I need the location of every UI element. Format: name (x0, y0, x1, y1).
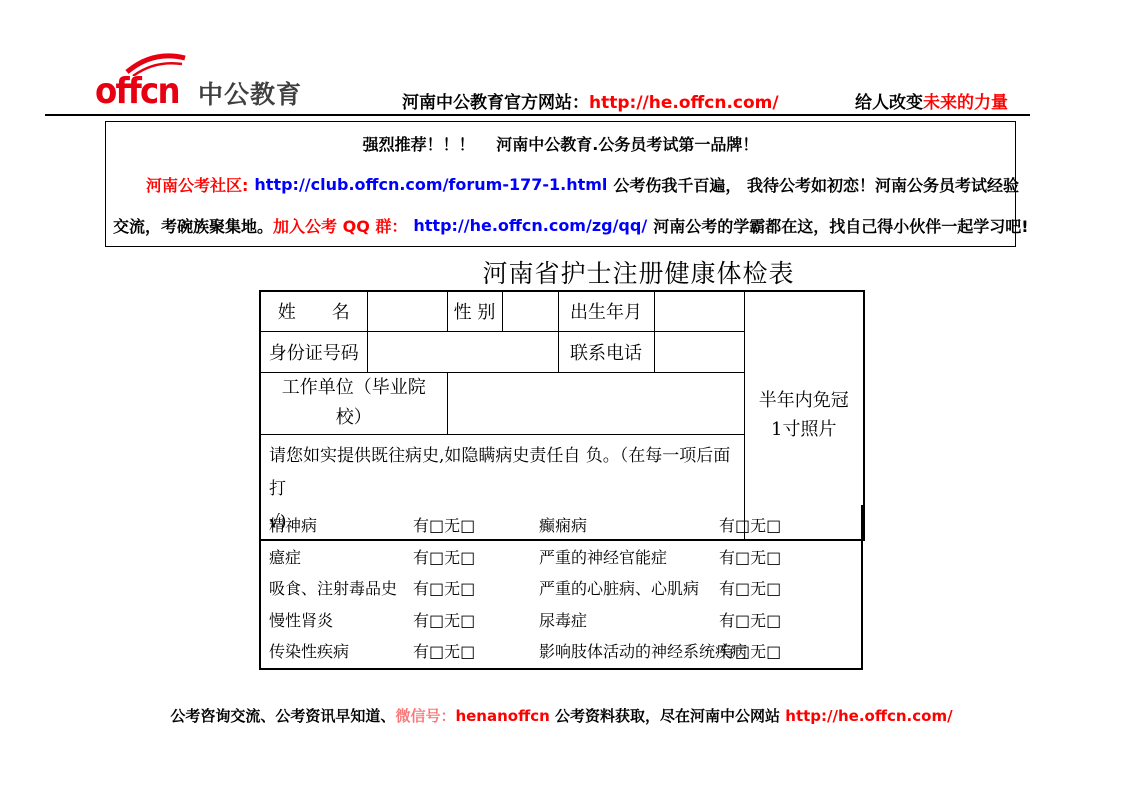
work-unit-input-cell[interactable] (447, 372, 744, 434)
promo-box: 强烈推荐！！！ 河南中公教育.公务员考试第一品牌！ 河南公考社区: http:/… (105, 121, 1016, 247)
footer-text-b: 公考资料获取，尽在河南中公网站 (550, 707, 785, 725)
logo-offcn-text: offcn (95, 74, 179, 110)
document-page: offcn 中公教育 河南中公教育官方网站：http://he.offcn.co… (0, 0, 1123, 794)
footer-text-a: 公考咨询交流、公考资讯早知道、 (170, 707, 395, 725)
brand-slogan: 给人改变未来的力量 (855, 88, 1008, 113)
header-divider (45, 114, 1030, 116)
disease-name: 癫痫病 (539, 510, 719, 542)
photo-note-line1: 半年内免冠 (745, 386, 864, 415)
yes-no-checkboxes: 有□无□ (413, 605, 539, 637)
community-url-link[interactable]: http://club.offcn.com/forum-177-1.html (248, 175, 613, 194)
work-unit-label: 工作单位（毕业院校） (260, 372, 447, 434)
phone-input-cell[interactable] (654, 331, 744, 372)
official-site-label: 河南中公教育官方网站： (402, 93, 589, 113)
community-label: 河南公考社区: (146, 173, 248, 196)
id-number-label: 身份证号码 (260, 331, 367, 372)
slogan-black-part: 给人改变 (855, 93, 923, 113)
form-title: 河南省护士注册健康体检表 (0, 254, 1123, 290)
yes-no-checkboxes: 有□无□ (719, 510, 865, 542)
promo-line-3: 交流，考碗族聚集地。 加入公考 QQ 群： http://he.offcn.co… (106, 205, 1015, 246)
promo-line3-text-b: 河南公考的学霸都在这，找自己得小伙伴一起学习吧! (653, 214, 1028, 237)
qq-group-url-link[interactable]: http://he.offcn.com/zg/qq/ (407, 216, 653, 235)
disease-checklist-table: 精神病 有□无□ 癫痫病 有□无□ 癔症 有□无□ 严重的神经官能症 有□无□ … (259, 505, 863, 670)
disease-row: 癔症 有□无□ 严重的神经官能症 有□无□ (261, 542, 861, 574)
yes-no-checkboxes: 有□无□ (413, 510, 539, 542)
disease-name: 精神病 (261, 510, 413, 542)
yes-no-checkboxes: 有□无□ (719, 542, 865, 574)
yes-no-checkboxes: 有□无□ (719, 636, 865, 668)
history-notice-line1: 请您如实提供既往病史,如隐瞒病史责任自 负。（在每一项后面打 (269, 440, 744, 506)
photo-cell: 半年内免冠 1寸照片 (744, 291, 864, 540)
offcn-logo-mark: offcn (95, 52, 188, 110)
slogan-red-part: 未来的力量 (923, 93, 1008, 113)
wechat-id: henanoffcn (455, 707, 549, 725)
id-number-input-cell[interactable] (367, 331, 558, 372)
yes-no-checkboxes: 有□无□ (719, 605, 865, 637)
disease-name: 传染性疾病 (261, 636, 413, 668)
yes-no-checkboxes: 有□无□ (719, 573, 865, 605)
photo-note-line2: 1寸照片 (745, 415, 864, 444)
gender-label: 性 别 (447, 291, 502, 331)
disease-row: 传染性疾病 有□无□ 影响肢体活动的神经系统疾病 有□无□ (261, 636, 861, 668)
gender-input-cell[interactable] (502, 291, 558, 331)
disease-name: 慢性肾炎 (261, 605, 413, 637)
promo-line3-text-a: 交流，考碗族聚集地。 (113, 214, 273, 237)
name-label: 姓 名 (260, 291, 367, 331)
birth-input-cell[interactable] (654, 291, 744, 331)
logo-cn-text: 中公教育 (198, 82, 302, 107)
official-site-line: 河南中公教育官方网站：http://he.offcn.com/ (402, 88, 779, 113)
promo-line-1: 强烈推荐！！！ 河南中公教育.公务员考试第一品牌！ (106, 123, 1015, 164)
promo-recommend-text: 强烈推荐！！！ 河南中公教育.公务员考试第一品牌！ (363, 132, 759, 155)
yes-no-checkboxes: 有□无□ (413, 573, 539, 605)
disease-name: 癔症 (261, 542, 413, 574)
disease-name: 尿毒症 (539, 605, 719, 637)
disease-name: 吸食、注射毒品史 (261, 573, 413, 605)
official-site-url-link[interactable]: http://he.offcn.com/ (589, 93, 779, 113)
promo-line2-text: 公考伤我千百遍， 我待公考如初恋！河南公务员考试经验 (613, 173, 1019, 196)
disease-name: 严重的神经官能症 (539, 542, 719, 574)
footer-site-url-link[interactable]: http://he.offcn.com/ (785, 707, 952, 725)
yes-no-checkboxes: 有□无□ (413, 636, 539, 668)
yes-no-checkboxes: 有□无□ (413, 542, 539, 574)
phone-label: 联系电话 (558, 331, 654, 372)
name-input-cell[interactable] (367, 291, 447, 331)
wechat-label: 微信号： (395, 707, 455, 725)
footer-note: 公考咨询交流、公考资讯早知道、微信号：henanoffcn 公考资料获取，尽在河… (0, 705, 1123, 726)
disease-row: 吸食、注射毒品史 有□无□ 严重的心脏病、心肌病 有□无□ (261, 573, 861, 605)
disease-row: 精神病 有□无□ 癫痫病 有□无□ (261, 510, 861, 542)
disease-name: 影响肢体活动的神经系统疾病 (539, 636, 719, 668)
health-form-table: 姓 名 性 别 出生年月 半年内免冠 1寸照片 身份证号码 联系电话 工作单位（… (259, 290, 865, 541)
promo-line-2: 河南公考社区: http://club.offcn.com/forum-177-… (106, 164, 1015, 205)
offcn-logo: offcn 中公教育 (95, 52, 302, 110)
disease-row: 慢性肾炎 有□无□ 尿毒症 有□无□ (261, 605, 861, 637)
qq-group-label: 加入公考 QQ 群： (273, 214, 407, 237)
birth-label: 出生年月 (558, 291, 654, 331)
disease-name: 严重的心脏病、心肌病 (539, 573, 719, 605)
